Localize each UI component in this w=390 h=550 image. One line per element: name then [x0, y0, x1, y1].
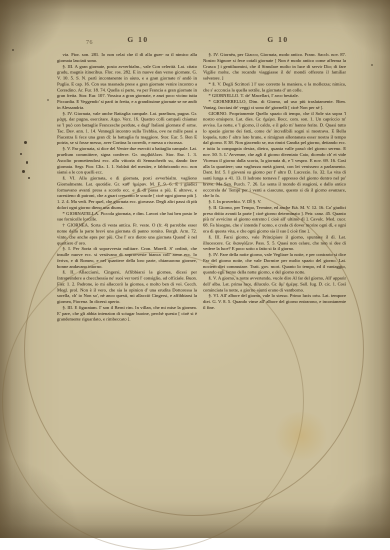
- right-text-column: §. IV. Giornèa, per Giacco, Giornata, mo…: [203, 52, 346, 430]
- paragraph: §. VI. Alla giornata, e di giornata, pos…: [57, 176, 197, 211]
- paragraph: §. IV. Fare della notte giorno, vale Veg…: [203, 252, 346, 276]
- running-head-left-column: G 10: [116, 35, 160, 44]
- paragraph: §. V. Far giornata, si dice del Venire d…: [57, 146, 197, 175]
- paragraph: §. II. Allacciarsi, Cingersi, Affibbiars…: [57, 270, 197, 305]
- scanned-page: 76 G 10 G 10 via. Fior. son. 281. Io non…: [0, 0, 390, 538]
- paragraph: * GIORNERELLO, Dim. di Giorno, ad uso pi…: [203, 99, 346, 111]
- paragraph: §. VI. All' albore del giorno, vale lo s…: [203, 293, 346, 311]
- ink-speck: [20, 153, 22, 155]
- paragraph: §. III. A gran giornate, posto avverbial…: [57, 64, 197, 111]
- ink-speck: [47, 99, 49, 101]
- ink-speck: [22, 170, 25, 173]
- ink-speck: [24, 141, 27, 144]
- paragraph: §. III. E figuratam. I' son il Berni rim…: [57, 305, 197, 323]
- paragraph: §. III. Farsi giorno, vale Principiare i…: [203, 234, 346, 252]
- ink-speck: [371, 64, 373, 66]
- paragraph: † GIORNEA. Sorta di vesta antica. Fr. ve…: [57, 223, 197, 247]
- left-column-text: via. Fior. son. 281. Io non celai che il…: [57, 52, 197, 323]
- paragraph: GIORNO. Propriamente Quello spazio di te…: [203, 111, 346, 199]
- paragraph: * GIORNATELLA. Piccola giornata, e dim. …: [57, 211, 197, 223]
- paragraph: via. Fior. son. 281. Io non celai che il…: [57, 52, 197, 64]
- ink-speck: [26, 161, 28, 164]
- ink-speck: [28, 177, 30, 179]
- paragraph: §. I. Per Sorta di sopravvesta militare.…: [57, 246, 197, 270]
- ink-speck: [12, 49, 14, 51]
- left-text-column: via. Fior. son. 281. Io non celai che il…: [57, 52, 197, 430]
- right-column-text: §. IV. Giornèa, per Giacco, Giornata, mo…: [203, 52, 346, 311]
- paragraph: §. IV. Giornata, vale anche Battaglia ca…: [57, 111, 197, 146]
- paragraph: §. IV. Giornèa, per Giacco, Giornata, mo…: [203, 52, 346, 81]
- running-head-right-column: G 10: [256, 35, 300, 44]
- page-number: 76: [86, 40, 93, 46]
- paragraph: * §. V. Degli Scrittori ] l' uso corrett…: [203, 81, 346, 93]
- paragraph: §. V. A giorno, a notte avvertendo, vuol…: [203, 276, 346, 294]
- paragraph: §. II. Giorno, per Tempo, Termine, ed an…: [203, 205, 346, 234]
